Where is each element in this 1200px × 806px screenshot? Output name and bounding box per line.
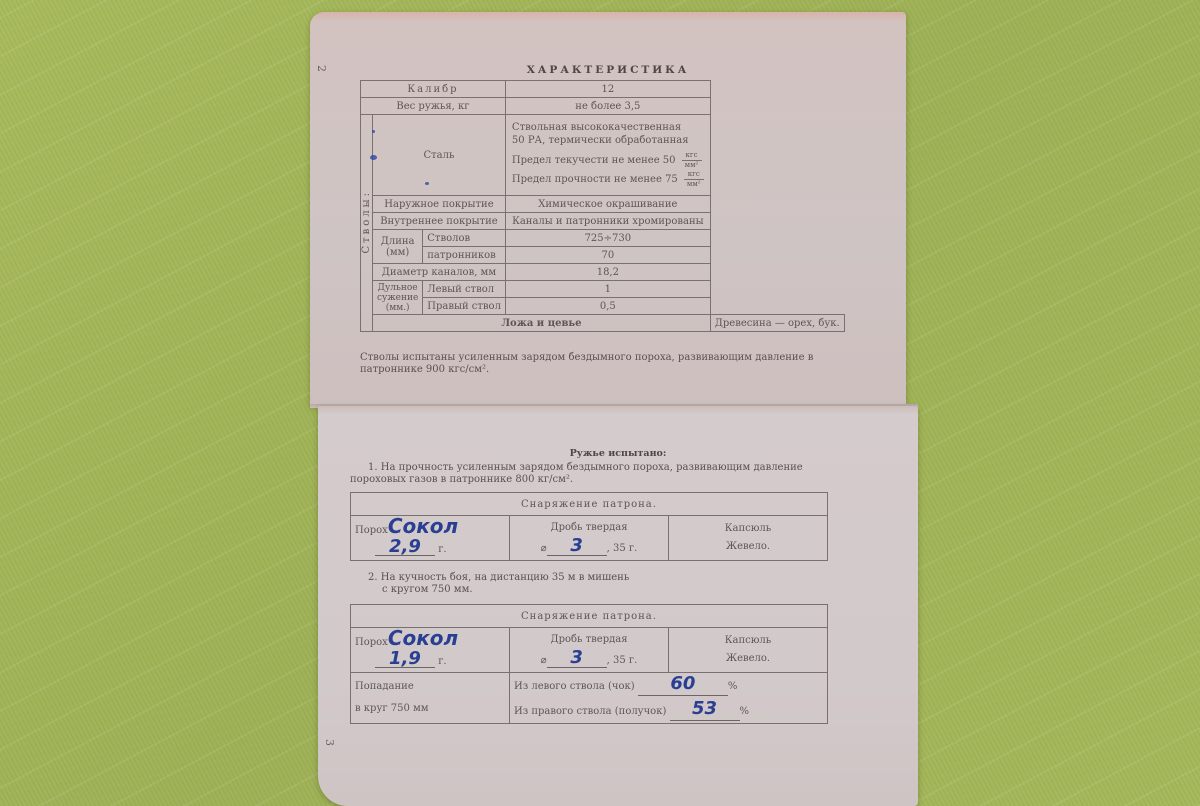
handwritten-powder: Сокол [388,514,458,538]
choke-left-label: Левый ствол [423,281,506,298]
test2-shot: Дробь твердая ⌀3, 35 г. [510,628,669,673]
handwritten-powder-weight: 1,9 [375,651,435,668]
test1-table: Снаряжение патрона. ПорохСокол 2,9 г. Др… [350,492,828,561]
hit-results: Из левого ствола (чок) 60% Из правого ст… [510,673,828,724]
weight-label: Вес ружья, кг [361,98,506,115]
steel-label: Сталь [373,115,506,196]
handwritten-shot-size: 3 [547,537,607,556]
handwritten-powder: Сокол [388,626,458,650]
choke-right-label: Правый ствол [423,298,506,315]
outer-coating-value: Химическое окрашивание [505,196,710,213]
choke-label: Дульное сужение (мм.) [373,281,423,315]
length-chambers-label: патронников [423,247,506,264]
barrels-group-label: Стволы: [361,115,373,332]
choke-left-value: 1 [505,281,710,298]
test2-primer: Капсюль Жевело. [669,628,828,673]
steel-value: Ствольная высококачественная 50 РА, терм… [505,115,710,196]
handwritten-powder-weight: 2,9 [375,539,435,556]
stock-label: Ложа и цевье [373,315,711,332]
test1-primer: Капсюль Жевело. [669,516,828,561]
handwritten-right-barrel-percent: 53 [670,698,740,721]
ink-stain [370,155,377,160]
bore-diameter-label: Диаметр каналов, мм [373,264,506,281]
test2-table: Снаряжение патрона. ПорохСокол 1,9 г. Др… [350,604,828,724]
page-number: 3 [323,739,336,746]
length-barrels-label: Стволов [423,230,506,247]
stock-value: Древесина — орех, бук. [710,315,844,332]
bore-diameter-value: 18,2 [505,264,710,281]
test2-description: 2. На кучность боя, на дистанцию 35 м в … [368,572,629,596]
inner-coating-label: Внутреннее покрытие [373,213,506,230]
page-title: ХАРАКТЕРИСТИКА [310,64,906,76]
specifications-table: Калибр 12 Вес ружья, кг не более 3,5 Ств… [360,80,845,332]
outer-coating-label: Наружное покрытие [373,196,506,213]
section-title: Ружье испытано: [318,448,918,459]
bottom-page: 3 Ружье испытано: 1. На прочность усилен… [318,406,918,806]
inner-coating-value: Каналы и патронники хромированы [505,213,710,230]
length-barrels-value: 725÷730 [505,230,710,247]
test1-powder: ПорохСокол 2,9 г. [351,516,510,561]
test2-header: Снаряжение патрона. [351,605,828,628]
test1-header: Снаряжение патрона. [351,493,828,516]
test2-powder: ПорохСокол 1,9 г. [351,628,510,673]
top-page: 2 ХАРАКТЕРИСТИКА Калибр 12 Вес ружья, кг… [310,12,906,406]
test1-description: 1. На прочность усиленным зарядом бездым… [350,462,828,486]
caliber-label: Калибр [361,81,506,98]
pressure-note: Стволы испытаны усиленным зарядом бездым… [360,352,838,376]
hit-label: Попадание в круг 750 мм [351,673,510,724]
handwritten-left-barrel-percent: 60 [638,673,728,696]
ink-stain [425,182,429,185]
weight-value: не более 3,5 [505,98,710,115]
caliber-value: 12 [505,81,710,98]
ink-stain [372,130,375,133]
choke-right-value: 0,5 [505,298,710,315]
length-chambers-value: 70 [505,247,710,264]
test1-shot: Дробь твердая ⌀3, 35 г. [510,516,669,561]
length-label: Длина (мм) [373,230,423,264]
handwritten-shot-size: 3 [547,649,607,668]
